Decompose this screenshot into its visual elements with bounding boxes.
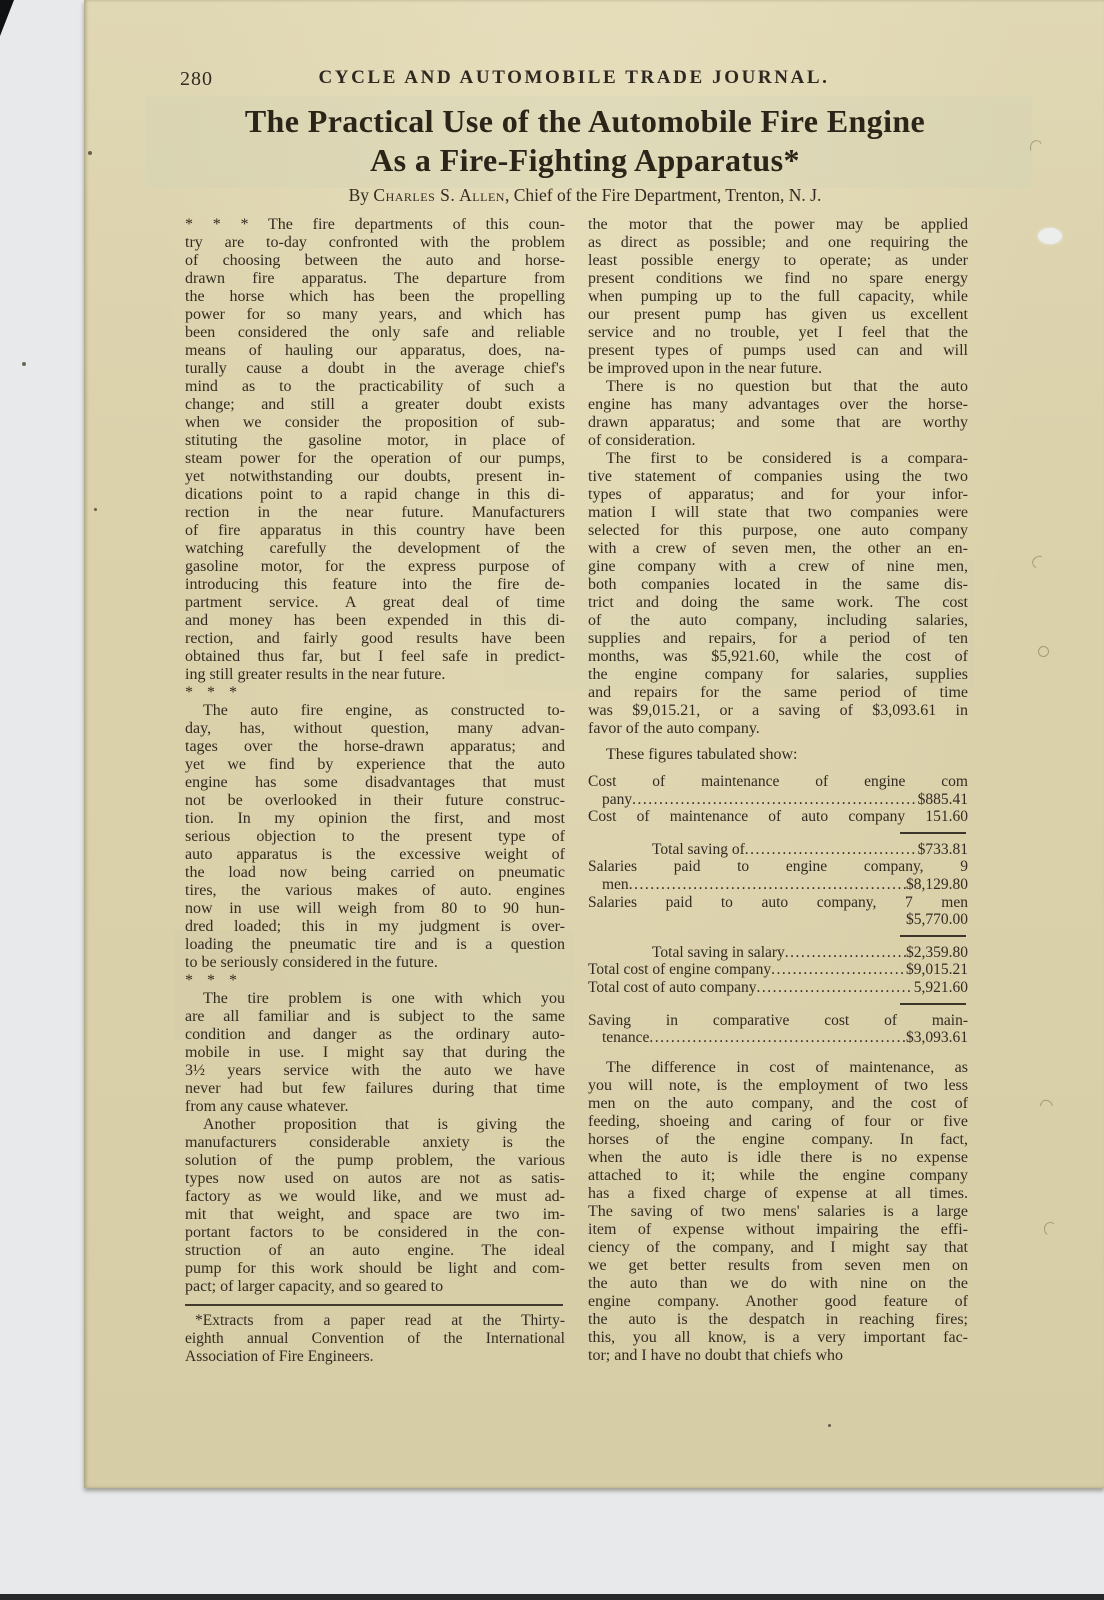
paragraph-line: pump for this work should be light and c… xyxy=(185,1260,565,1278)
paragraph-line: men on the auto company, and the cost of xyxy=(588,1095,968,1113)
paragraph-line: when the auto is idle there is no expens… xyxy=(588,1149,968,1167)
paragraph-line: from any cause whatever. xyxy=(185,1098,565,1116)
footnote-line: Association of Fire Engineers. xyxy=(185,1348,565,1366)
dot-leader xyxy=(745,841,918,859)
paragraph-line: rection in the near future. Manufacturer… xyxy=(185,504,565,522)
paragraph-line: 3½ years service with the auto we have xyxy=(185,1062,565,1080)
paragraph-line: drawn apparatus; and some that are worth… xyxy=(588,414,968,432)
paragraph-line: serious objection to the present type of xyxy=(185,828,565,846)
paragraph-line: condition and danger as the ordinary aut… xyxy=(185,1026,565,1044)
paragraph-line: mind as to the practicability of such a xyxy=(185,378,565,396)
table-label: Cost of maintenance of engine com xyxy=(588,773,968,791)
paragraph-line: never had but few failures during that t… xyxy=(185,1080,565,1098)
table-amount: $885.41 xyxy=(918,791,968,809)
footnote-line: eighth annual Convention of the Internat… xyxy=(185,1330,565,1348)
table-label: Cost of maintenance of auto company 151.… xyxy=(588,808,968,826)
paragraph-line: The tire problem is one with which you xyxy=(185,990,565,1008)
paragraph-line: the motor that the power may be applied xyxy=(588,216,968,234)
paragraph-line: supplies and repairs, for a period of te… xyxy=(588,630,968,648)
paragraph-line: engine has some disadvantages that must xyxy=(185,774,565,792)
dot-leader xyxy=(771,961,906,979)
paragraph-line: The saving of two mens' salaries is a la… xyxy=(588,1203,968,1221)
table-rule xyxy=(900,935,966,937)
table-rule xyxy=(900,1003,966,1005)
paragraph-line: factory as we would like, and we must ad… xyxy=(185,1188,565,1206)
table-label: men xyxy=(588,876,629,894)
paragraph-line: Another proposition that is giving the xyxy=(185,1116,565,1134)
paragraph-line: introducing this feature into the fire d… xyxy=(185,576,565,594)
table-row: Salaries paid to engine company, 9 xyxy=(588,858,968,876)
table-row: pany$885.41 xyxy=(588,791,968,809)
table-amount: 5,921.60 xyxy=(910,979,968,997)
table-amount: $9,015.21 xyxy=(906,961,968,979)
paragraph-line: present types of pumps used can and will xyxy=(588,342,968,360)
paragraph-line: means of hauling our apparatus, does, na… xyxy=(185,342,565,360)
paragraph-line: both companies located in the same dis- xyxy=(588,576,968,594)
table-row: Total cost of engine company$9,015.21 xyxy=(588,961,968,979)
scan-corner-shadow xyxy=(0,0,14,36)
paragraph-line: horses of the engine company. In fact, xyxy=(588,1131,968,1149)
table-amount: $3,093.61 xyxy=(906,1029,968,1047)
table-row: Cost of maintenance of auto company 151.… xyxy=(588,808,968,826)
ink-speck xyxy=(828,1424,831,1427)
paragraph: the motor that the power may be applieda… xyxy=(588,216,968,378)
paragraph-line: dred loaded; this in my judgment is over… xyxy=(185,918,565,936)
byline-author: Charles S. Allen xyxy=(373,185,505,205)
paragraph-line: yet we find by experience that the auto xyxy=(185,756,565,774)
ink-mark xyxy=(1038,646,1049,657)
paragraph-line: There is no question but that the auto xyxy=(588,378,968,396)
paragraph-line: of fire apparatus in this country have b… xyxy=(185,522,565,540)
paragraph-line: tages over the horse-drawn apparatus; an… xyxy=(185,738,565,756)
paragraph-line: the auto is the despatch in reaching fir… xyxy=(588,1311,968,1329)
ink-speck xyxy=(22,362,26,366)
table-row: men$8,129.80 xyxy=(588,876,968,894)
byline-rest: , Chief of the Fire Department, Trenton,… xyxy=(505,185,821,205)
paragraph-line: engine has many advantages over the hors… xyxy=(588,396,968,414)
paragraph-line: has a fixed charge of expense at all tim… xyxy=(588,1185,968,1203)
paragraph-line: least possible energy to operate; as und… xyxy=(588,252,968,270)
ink-speck xyxy=(88,151,92,155)
paragraph-line: trict and doing the same work. The cost xyxy=(588,594,968,612)
paragraph-line: tive statement of companies using the tw… xyxy=(588,468,968,486)
paragraph-line: yet notwithstanding our doubts, present … xyxy=(185,468,565,486)
table-label: Total saving of xyxy=(588,841,745,859)
paragraph-line: struction of an auto engine. The ideal xyxy=(185,1242,565,1260)
paragraph: There is no question but that the autoen… xyxy=(588,378,968,450)
table-amount: $8,129.80 xyxy=(906,876,968,894)
paragraph-line: present conditions we find no spare ener… xyxy=(588,270,968,288)
paragraph: The difference in cost of maintenance, a… xyxy=(588,1059,968,1365)
table-amount: $5,770.00 xyxy=(906,911,968,929)
right-column: the motor that the power may be applieda… xyxy=(588,216,968,1365)
paragraph-line: are all familiar and is subject to the s… xyxy=(185,1008,565,1026)
paragraph-line: The difference in cost of maintenance, a… xyxy=(588,1059,968,1077)
paragraph-line: now in use will weigh from 80 to 90 hun- xyxy=(185,900,565,918)
paragraph-line: These figures tabulated show: xyxy=(588,746,968,764)
paragraph-line: * * * The fire departments of this coun- xyxy=(185,216,565,234)
paragraph-line: The auto fire engine, as constructed to- xyxy=(185,702,565,720)
paragraph: Another proposition that is giving thema… xyxy=(185,1116,565,1296)
paragraph-line: of choosing between the auto and horse- xyxy=(185,252,565,270)
paragraph-line: portant factors to be considered in the … xyxy=(185,1224,565,1242)
table-rule xyxy=(900,832,966,834)
table-label: Salaries paid to auto company, 7 men xyxy=(588,894,968,912)
paragraph-line: dications point to a rapid change in thi… xyxy=(185,486,565,504)
paragraph-line: the load now being carried on pneumatic xyxy=(185,864,565,882)
table-row: Cost of maintenance of engine com xyxy=(588,773,968,791)
table-amount: $733.81 xyxy=(918,841,968,859)
article-title-line1: The Practical Use of the Automobile Fire… xyxy=(150,103,1020,140)
paragraph-line: gine company with a crew of nine men, xyxy=(588,558,968,576)
paragraph-line: partment service. A great deal of time xyxy=(185,594,565,612)
paragraph-line: auto apparatus is the excessive weight o… xyxy=(185,846,565,864)
footnote: *Extracts from a paper read at the Thirt… xyxy=(185,1312,565,1365)
paragraph-line: watching carefully the development of th… xyxy=(185,540,565,558)
paragraph-line: the engine company for salaries, supplie… xyxy=(588,666,968,684)
table-row: $5,770.00 xyxy=(588,911,968,929)
paragraph-line: and money has been expended in this di- xyxy=(185,612,565,630)
paragraph-line: loading the pneumatic tire and is a ques… xyxy=(185,936,565,954)
stars-separator: * * * xyxy=(185,684,565,702)
dot-leader xyxy=(629,876,906,894)
paragraph-line: with a crew of seven men, the other an e… xyxy=(588,540,968,558)
paragraph: * * * The fire departments of this coun-… xyxy=(185,216,565,684)
table-amount: $2,359.80 xyxy=(906,944,968,962)
figures-table: Cost of maintenance of engine company$88… xyxy=(588,773,968,1047)
paragraph-line: be improved upon in the near future. xyxy=(588,360,968,378)
scan-bottom-edge xyxy=(0,1594,1104,1600)
paragraph-line: rection, and fairly good results have be… xyxy=(185,630,565,648)
paragraph-line: item of expense without impairing the ef… xyxy=(588,1221,968,1239)
paragraph-line: drawn fire apparatus. The departure from xyxy=(185,270,565,288)
table-label: tenance xyxy=(588,1029,649,1047)
paragraph-line: steam power for the operation of our pum… xyxy=(185,450,565,468)
paragraph-line: The first to be considered is a compara- xyxy=(588,450,968,468)
paragraph-line: this, you all know, is a very important … xyxy=(588,1329,968,1347)
table-label: Total cost of auto company xyxy=(588,979,757,997)
paragraph-line: day, has, without question, many advan- xyxy=(185,720,565,738)
journal-header: CYCLE AND AUTOMOBILE TRADE JOURNAL. xyxy=(180,67,968,89)
paragraph-line: as direct as possible; and one requiring… xyxy=(588,234,968,252)
paragraph-line: when pumping up to the full capacity, wh… xyxy=(588,288,968,306)
paragraph-line: turally cause a doubt in the average chi… xyxy=(185,360,565,378)
paragraph-line: pact; of larger capacity, and so geared … xyxy=(185,1278,565,1296)
table-row: Salaries paid to auto company, 7 men xyxy=(588,894,968,912)
dot-leader xyxy=(785,944,906,962)
paragraph-line: feeding, shoeing and caring of four or f… xyxy=(588,1113,968,1131)
table-label: Salaries paid to engine company, 9 xyxy=(588,858,968,876)
byline: By Charles S. Allen, Chief of the Fire D… xyxy=(150,185,1020,206)
paragraph-line: you will note, is the employment of two … xyxy=(588,1077,968,1095)
article-title-line2: As a Fire-Fighting Apparatus* xyxy=(150,142,1020,179)
paragraph-line: service and no trouble, yet I feel that … xyxy=(588,324,968,342)
table-row: Saving in comparative cost of main- xyxy=(588,1012,968,1030)
table-label: Total cost of engine company xyxy=(588,961,771,979)
paragraph-line: change; and still a greater doubt exists xyxy=(185,396,565,414)
paragraph-line: gasoline motor, for the express purpose … xyxy=(185,558,565,576)
paragraph-line: the auto than we do with nine on the xyxy=(588,1275,968,1293)
table-row: Total cost of auto company 5,921.60 xyxy=(588,979,968,997)
paragraph-line: been considered the only safe and reliab… xyxy=(185,324,565,342)
paragraph-line: to be seriously considered in the future… xyxy=(185,954,565,972)
table-label: Saving in comparative cost of main- xyxy=(588,1012,968,1030)
paragraph-line: selected for this purpose, one auto comp… xyxy=(588,522,968,540)
paragraph-line: mobile in use. I might say that during t… xyxy=(185,1044,565,1062)
paragraph-line: when we consider the proposition of sub- xyxy=(185,414,565,432)
paragraph-line: mation I will state that two companies w… xyxy=(588,504,968,522)
paragraph: The first to be considered is a compara-… xyxy=(588,450,968,738)
paragraph-line: the horse which has been the propelling xyxy=(185,288,565,306)
ink-speck xyxy=(94,508,97,511)
left-column: * * * The fire departments of this coun-… xyxy=(185,216,565,1365)
footnote-rule xyxy=(185,1304,563,1306)
paragraph-line: favor of the auto company. xyxy=(588,720,968,738)
table-row: tenance$3,093.61 xyxy=(588,1029,968,1047)
table-label: Total saving in salary xyxy=(588,944,785,962)
footnote-line: *Extracts from a paper read at the Thirt… xyxy=(185,1312,565,1330)
paragraph-line: months, was $5,921.60, while the cost of xyxy=(588,648,968,666)
paragraph-line: engine company. Another good feature of xyxy=(588,1293,968,1311)
paragraph-line: stituting the gasoline motor, in place o… xyxy=(185,432,565,450)
paragraph-line: tion. In my opinion the first, and most xyxy=(185,810,565,828)
dot-leader xyxy=(757,979,910,997)
paragraph-line: types of apparatus; and for your infor- xyxy=(588,486,968,504)
paragraph-line: was $9,015.21, or a saving of $3,093.61 … xyxy=(588,702,968,720)
paragraph-line: power for so many years, and which has xyxy=(185,306,565,324)
table-label: pany xyxy=(588,791,632,809)
paragraph: These figures tabulated show: xyxy=(588,746,968,764)
dot-leader xyxy=(632,791,917,809)
paragraph-line: solution of the pump problem, the variou… xyxy=(185,1152,565,1170)
paragraph-line: ciency of the company, and I might say t… xyxy=(588,1239,968,1257)
paragraph-line: we get better results from seven men on xyxy=(588,1257,968,1275)
paragraph-line: our present pump has given us excellent xyxy=(588,306,968,324)
paragraph-line: tor; and I have no doubt that chiefs who xyxy=(588,1347,968,1365)
paragraph-line: tires, the various makes of auto. engine… xyxy=(185,882,565,900)
scanned-page: 280 CYCLE AND AUTOMOBILE TRADE JOURNAL. … xyxy=(84,0,1104,1488)
paragraph-line: of consideration. xyxy=(588,432,968,450)
paragraph: The tire problem is one with which youar… xyxy=(185,990,565,1116)
table-row: Total saving of$733.81 xyxy=(588,841,968,859)
paragraph-line: not be overlooked in their future constr… xyxy=(185,792,565,810)
paragraph-line: attached to it; while the engine company xyxy=(588,1167,968,1185)
byline-prefix: By xyxy=(349,185,374,205)
stars-separator: * * * xyxy=(185,972,565,990)
paragraph-line: of the auto company, including salaries, xyxy=(588,612,968,630)
paragraph-line: manufacturers considerable anxiety is th… xyxy=(185,1134,565,1152)
dot-leader xyxy=(649,1029,906,1047)
paragraph-line: ing still greater results in the near fu… xyxy=(185,666,565,684)
paragraph-line: obtained thus far, but I feel safe in pr… xyxy=(185,648,565,666)
table-row: Total saving in salary$2,359.80 xyxy=(588,944,968,962)
paragraph-line: mit that weight, and space are two im- xyxy=(185,1206,565,1224)
paper-blotch xyxy=(1038,228,1062,244)
paragraph: The auto fire engine, as constructed to-… xyxy=(185,702,565,972)
paragraph-line: types now used on autos are not as satis… xyxy=(185,1170,565,1188)
paragraph-line: try are to-day confronted with the probl… xyxy=(185,234,565,252)
paragraph-line: and repairs for the same period of time xyxy=(588,684,968,702)
